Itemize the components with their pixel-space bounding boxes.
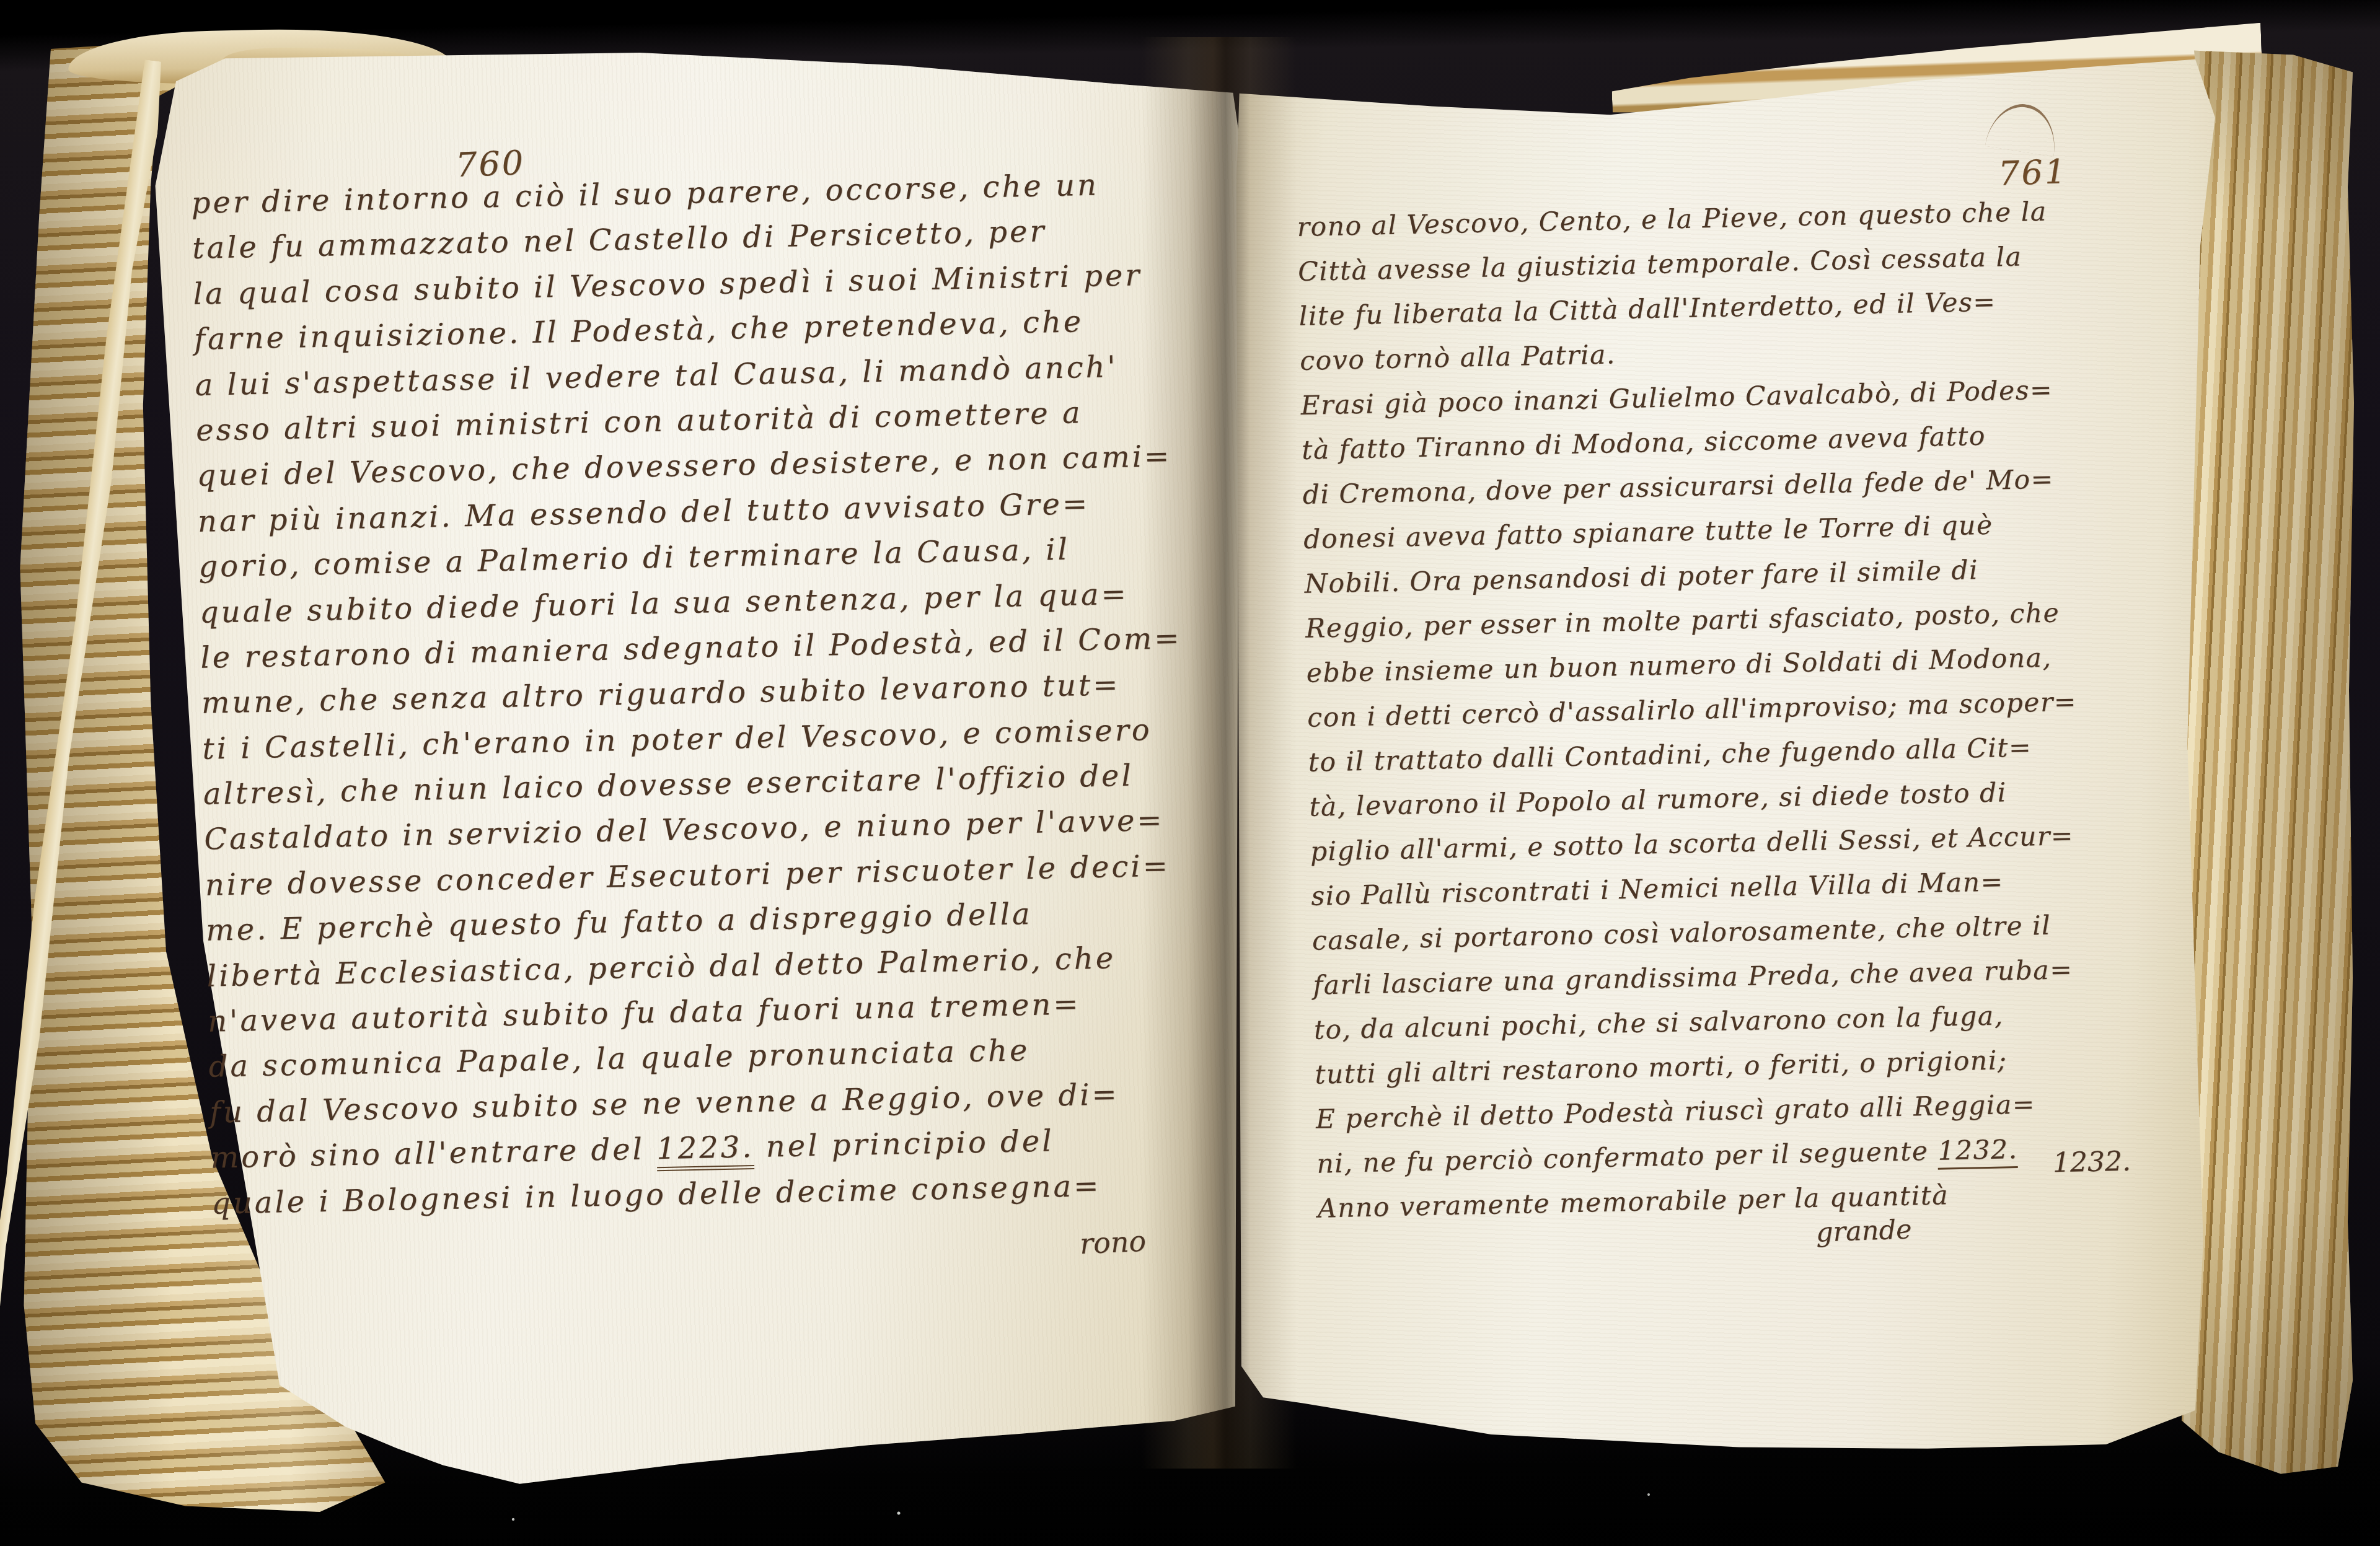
right-page-text: rono al Vescovo, Cento, e la Pieve, con … xyxy=(1297,190,2087,1232)
manuscript-photo: 760 761 per dire intorno a ciò il suo pa… xyxy=(0,0,2380,1546)
catchword-right: grande xyxy=(1815,1214,1912,1248)
page-number-right: 761 xyxy=(1998,152,2068,193)
year-1223: 1223. xyxy=(656,1130,755,1171)
year-line-pre: morò sino all'entrare del xyxy=(210,1131,657,1175)
catchword-left: rono xyxy=(1079,1224,1147,1261)
year-line-pre: ni, ne fu perciò confermato per il segue… xyxy=(1316,1136,1938,1180)
year-line-post: nel principio del xyxy=(754,1124,1054,1165)
margin-year-note: 1232. xyxy=(2052,1146,2131,1179)
year-1232: 1232. xyxy=(1937,1135,2018,1170)
left-page-text: per dire intorno a ciò il suo parere, oc… xyxy=(191,161,1193,1226)
